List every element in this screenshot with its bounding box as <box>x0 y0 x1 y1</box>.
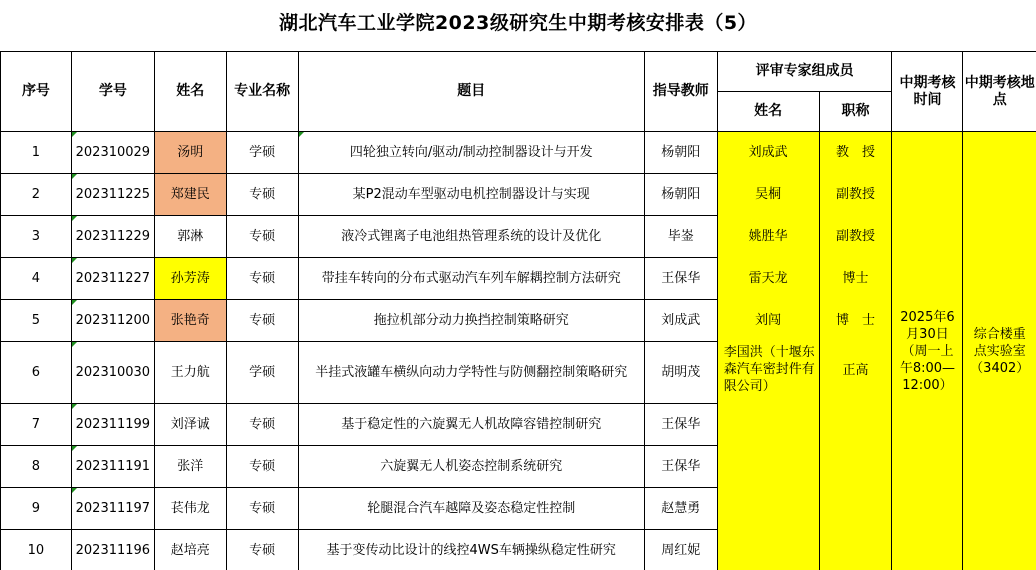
header-expert-name: 姓名 <box>717 92 819 132</box>
table-row: 1 202310029 汤明 学硕 四轮独立转向/驱动/制动控制器设计与开发 杨… <box>1 132 1036 174</box>
cell-advisor[interactable]: 毕崟 <box>644 216 717 258</box>
cell-name[interactable]: 孙芳涛 <box>154 258 226 300</box>
cell-expert-title[interactable]: 教 授 <box>819 132 892 174</box>
cell-student-id[interactable]: 202311197 <box>71 488 154 530</box>
cell-student-id[interactable]: 202311199 <box>71 404 154 446</box>
cell-name[interactable]: 张艳奇 <box>154 300 226 342</box>
cell-advisor[interactable]: 赵慧勇 <box>644 488 717 530</box>
cell-major[interactable]: 学硕 <box>226 342 298 404</box>
cell-advisor[interactable]: 胡明茂 <box>644 342 717 404</box>
cell-major[interactable]: 专硕 <box>226 446 298 488</box>
cell-student-id[interactable]: 202310029 <box>71 132 154 174</box>
cell-seq[interactable]: 7 <box>1 404 72 446</box>
cell-student-id[interactable]: 202311200 <box>71 300 154 342</box>
table-row: 5 202311200 张艳奇 专硕 拖拉机部分动力换挡控制策略研究 刘成武 刘… <box>1 300 1036 342</box>
cell-name[interactable]: 张洋 <box>154 446 226 488</box>
schedule-table: 序号 学号 姓名 专业名称 题目 指导教师 评审专家组成员 中期考核时间 中期考… <box>0 51 1036 570</box>
header-seq: 序号 <box>1 52 72 132</box>
cell-seq[interactable]: 3 <box>1 216 72 258</box>
cell-topic[interactable]: 基于稳定性的六旋翼无人机故障容错控制研究 <box>298 404 644 446</box>
cell-advisor[interactable]: 杨朝阳 <box>644 132 717 174</box>
cell-student-id[interactable]: 202311191 <box>71 446 154 488</box>
cell-student-id[interactable]: 202311229 <box>71 216 154 258</box>
cell-topic[interactable]: 基于变传动比设计的线控4WS车辆操纵稳定性研究 <box>298 530 644 570</box>
header-exam-place: 中期考核地点 <box>963 52 1036 132</box>
cell-seq[interactable]: 9 <box>1 488 72 530</box>
cell-expert-title[interactable]: 正高 <box>819 342 892 570</box>
cell-student-id[interactable]: 202311227 <box>71 258 154 300</box>
cell-major[interactable]: 专硕 <box>226 258 298 300</box>
table-row: 2 202311225 郑建民 专硕 某P2混动车型驱动电机控制器设计与实现 杨… <box>1 174 1036 216</box>
cell-advisor[interactable]: 刘成武 <box>644 300 717 342</box>
cell-expert-name[interactable]: 刘成武 <box>717 132 819 174</box>
cell-name[interactable]: 刘泽诚 <box>154 404 226 446</box>
cell-major[interactable]: 专硕 <box>226 488 298 530</box>
cell-major[interactable]: 专硕 <box>226 216 298 258</box>
cell-expert-title[interactable]: 博士 <box>819 258 892 300</box>
cell-seq[interactable]: 6 <box>1 342 72 404</box>
cell-expert-name[interactable]: 姚胜华 <box>717 216 819 258</box>
cell-advisor[interactable]: 杨朝阳 <box>644 174 717 216</box>
cell-seq[interactable]: 8 <box>1 446 72 488</box>
cell-topic[interactable]: 六旋翼无人机姿态控制系统研究 <box>298 446 644 488</box>
header-exam-time: 中期考核时间 <box>892 52 963 132</box>
cell-topic[interactable]: 四轮独立转向/驱动/制动控制器设计与开发 <box>298 132 644 174</box>
header-name: 姓名 <box>154 52 226 132</box>
cell-exam-time[interactable]: 2025年6月30日（周一上午8:00—12:00） <box>892 132 963 570</box>
cell-seq[interactable]: 5 <box>1 300 72 342</box>
cell-topic[interactable]: 轮腿混合汽车越障及姿态稳定性控制 <box>298 488 644 530</box>
cell-seq[interactable]: 1 <box>1 132 72 174</box>
cell-seq[interactable]: 10 <box>1 530 72 570</box>
cell-expert-name[interactable]: 雷天龙 <box>717 258 819 300</box>
table-row: 4 202311227 孙芳涛 专硕 带挂车转向的分布式驱动汽车列车解耦控制方法… <box>1 258 1036 300</box>
cell-expert-name[interactable]: 刘闯 <box>717 300 819 342</box>
cell-topic[interactable]: 某P2混动车型驱动电机控制器设计与实现 <box>298 174 644 216</box>
cell-name[interactable]: 郭淋 <box>154 216 226 258</box>
cell-major[interactable]: 学硕 <box>226 132 298 174</box>
cell-major[interactable]: 专硕 <box>226 174 298 216</box>
header-topic: 题目 <box>298 52 644 132</box>
cell-student-id[interactable]: 202310030 <box>71 342 154 404</box>
cell-advisor[interactable]: 王保华 <box>644 258 717 300</box>
cell-expert-title[interactable]: 副教授 <box>819 174 892 216</box>
header-student-id: 学号 <box>71 52 154 132</box>
cell-seq[interactable]: 2 <box>1 174 72 216</box>
cell-expert-name[interactable]: 吴桐 <box>717 174 819 216</box>
cell-name[interactable]: 王力航 <box>154 342 226 404</box>
cell-seq[interactable]: 4 <box>1 258 72 300</box>
cell-student-id[interactable]: 202311225 <box>71 174 154 216</box>
cell-advisor[interactable]: 周红妮 <box>644 530 717 570</box>
cell-expert-title[interactable]: 副教授 <box>819 216 892 258</box>
header-expert-title: 职称 <box>819 92 892 132</box>
cell-exam-place[interactable]: 综合楼重点实验室（3402） <box>963 132 1036 570</box>
cell-name[interactable]: 郑建民 <box>154 174 226 216</box>
cell-name[interactable]: 赵培亮 <box>154 530 226 570</box>
cell-topic[interactable]: 带挂车转向的分布式驱动汽车列车解耦控制方法研究 <box>298 258 644 300</box>
cell-advisor[interactable]: 王保华 <box>644 404 717 446</box>
cell-major[interactable]: 专硕 <box>226 404 298 446</box>
cell-topic[interactable]: 液冷式锂离子电池组热管理系统的设计及优化 <box>298 216 644 258</box>
cell-topic[interactable]: 半挂式液罐车横纵向动力学特性与防侧翻控制策略研究 <box>298 342 644 404</box>
cell-advisor[interactable]: 王保华 <box>644 446 717 488</box>
cell-major[interactable]: 专硕 <box>226 300 298 342</box>
cell-expert-name[interactable]: 李国洪（十堰东森汽车密封件有限公司） <box>717 342 819 570</box>
cell-student-id[interactable]: 202311196 <box>71 530 154 570</box>
cell-expert-title[interactable]: 博 士 <box>819 300 892 342</box>
page-title: 湖北汽车工业学院2023级研究生中期考核安排表（5） <box>0 8 1036 35</box>
table-row: 3 202311229 郭淋 专硕 液冷式锂离子电池组热管理系统的设计及优化 毕… <box>1 216 1036 258</box>
cell-name[interactable]: 汤明 <box>154 132 226 174</box>
header-advisor: 指导教师 <box>644 52 717 132</box>
cell-topic[interactable]: 拖拉机部分动力换挡控制策略研究 <box>298 300 644 342</box>
cell-name[interactable]: 苌伟龙 <box>154 488 226 530</box>
header-expert-group: 评审专家组成员 <box>717 52 892 92</box>
header-major: 专业名称 <box>226 52 298 132</box>
table-row: 6 202310030 王力航 学硕 半挂式液罐车横纵向动力学特性与防侧翻控制策… <box>1 342 1036 404</box>
cell-major[interactable]: 专硕 <box>226 530 298 570</box>
